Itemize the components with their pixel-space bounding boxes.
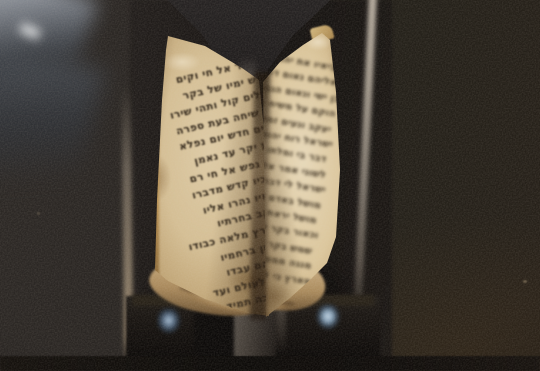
vignette xyxy=(0,0,540,371)
photo-canvas: ויאמר אל חי וקיםחדש ימיו של בקרמעלים קול… xyxy=(0,0,540,371)
